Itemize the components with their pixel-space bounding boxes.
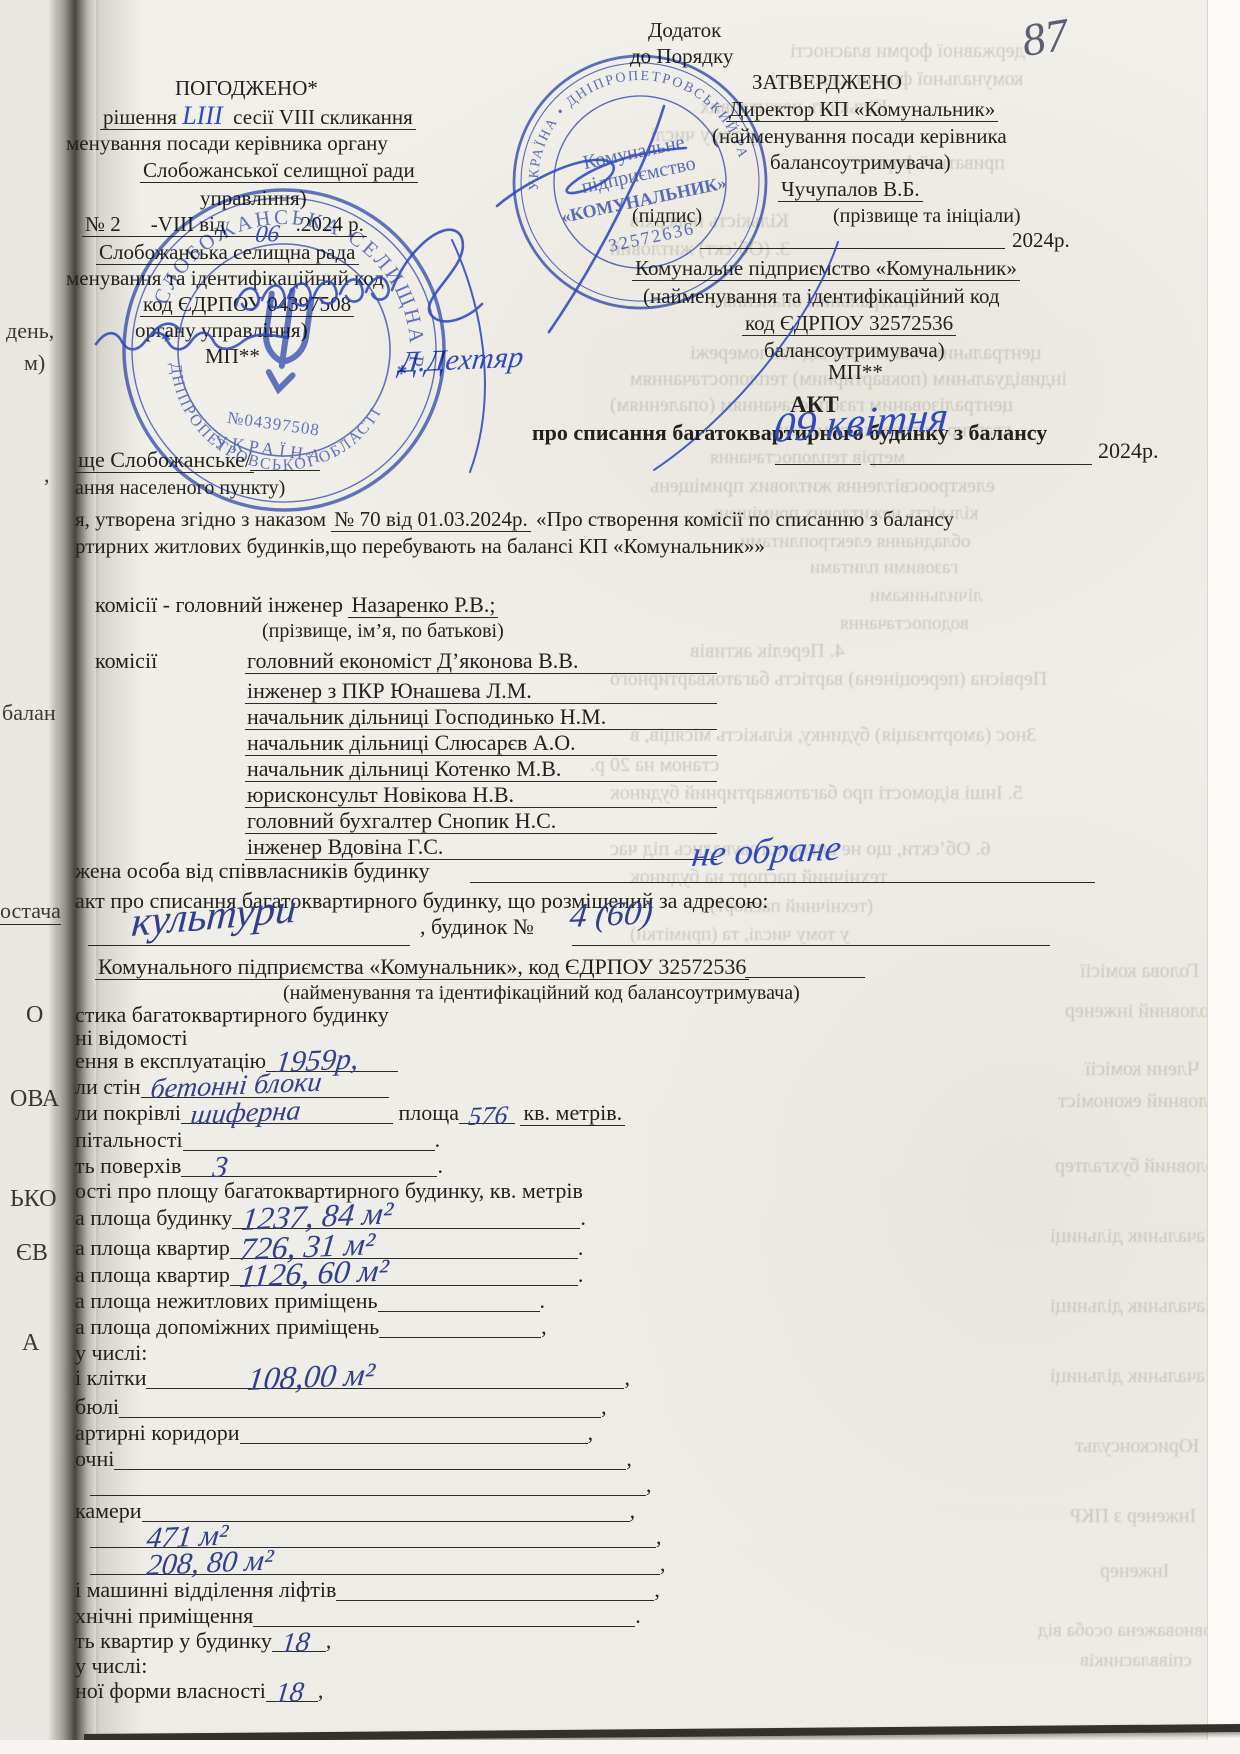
handwritten-not-elected: не обране bbox=[690, 830, 843, 872]
agreed-heading: ПОГОДЖЕНО* bbox=[175, 76, 318, 100]
bleed-fragment: обладнання електроплитами bbox=[740, 531, 971, 553]
left-page-fragment: ЄВ bbox=[16, 1240, 48, 1267]
agreed-session-line: рішення LIII сесії VIII скликання bbox=[100, 103, 416, 129]
capital-group-line: пітальності. bbox=[75, 1127, 440, 1152]
bleed-fragment: у тому числі, та (примітки) bbox=[630, 924, 849, 946]
area-row: камери, bbox=[75, 1498, 635, 1523]
bleed-fragment: Головний інженер bbox=[1065, 1000, 1219, 1023]
commission-member: інженер Вдовіна Г.С. bbox=[245, 834, 717, 860]
walls-line: ли стінбетонні блоки bbox=[75, 1074, 389, 1099]
agreed-decision-number: № 2-VIII від06.2024 р. bbox=[82, 212, 367, 236]
handwritten-roof-area: 576 bbox=[467, 1102, 509, 1130]
approved-caption-2: балансоутримувача) bbox=[770, 150, 951, 174]
handwritten-signature-name: Д.Дехтяр bbox=[398, 343, 525, 378]
area-row: 208, 80 м², bbox=[90, 1551, 666, 1576]
balance-underline bbox=[745, 977, 865, 978]
agreed-mp: МП** bbox=[205, 344, 260, 368]
section-1-heading: стика багатоквартирного будинку bbox=[75, 1002, 389, 1027]
bleed-fragment: Інженер з ПКР bbox=[1070, 1505, 1196, 1528]
approved-caption-4: балансоутримувача) bbox=[764, 338, 945, 362]
approved-heading: ЗАТВЕРДЖЕНО bbox=[752, 70, 902, 94]
bleed-fragment: Юрисконсульт bbox=[1075, 1435, 1199, 1458]
commission-member: головний економіст Д’яконова В.В. bbox=[245, 648, 717, 674]
approved-year: 2024р. bbox=[1012, 228, 1070, 252]
area-row: , bbox=[90, 1472, 652, 1497]
settlement-name: ще Слобожанське/ bbox=[75, 447, 254, 472]
bleed-fragment: водопостачання bbox=[840, 613, 969, 635]
svg-text:підприємство: підприємство bbox=[580, 152, 698, 198]
handwritten-session-number: LIII bbox=[182, 101, 222, 130]
annex-line-2: до Порядку bbox=[630, 44, 733, 68]
area-row: а площа допоміжних приміщень, bbox=[75, 1314, 547, 1339]
commission-intro-line-1: я, утворена згідно з наказом № 70 від 01… bbox=[75, 507, 954, 531]
commission-member: інженер з ПКР Юнашева Л.М. bbox=[245, 678, 717, 704]
date-underline-2 bbox=[870, 464, 1092, 465]
roof-line: ли покрівлішиферна площа576 кв. метрів. bbox=[75, 1100, 625, 1125]
agreed-council-name: Слобожанська селищна рада bbox=[96, 240, 359, 264]
private-ownership-line: ної форми власності18, bbox=[75, 1678, 323, 1703]
handwritten-roof: шиферна bbox=[189, 1097, 302, 1130]
commission-intro-line-2: ртирних житлових будинків,що перебувають… bbox=[75, 534, 765, 558]
handwritten-area-living: 1126, 60 м² bbox=[238, 1254, 390, 1292]
approved-mp: МП** bbox=[828, 360, 883, 384]
area-row: а площа нежитлових приміщень. bbox=[75, 1288, 545, 1313]
house-number-label: , будинок № bbox=[420, 914, 534, 939]
date-underline-1 bbox=[775, 464, 861, 465]
bleed-fragment: співвласників bbox=[1080, 1650, 1192, 1672]
company-edrpou: код ЄДРПОУ 32572536 bbox=[742, 311, 956, 335]
handwritten-house-number: 4 (60) bbox=[568, 896, 655, 934]
agreed-caption-1: менування посади керівника органу bbox=[66, 131, 388, 155]
bleed-fragment: державної форми власності bbox=[790, 40, 1025, 63]
bleed-fragment: Головний економіст bbox=[1058, 1090, 1228, 1113]
commission-member: головний бухгалтер Снопик Н.С. bbox=[245, 808, 717, 834]
settlement-caption: ання населеного пункту) bbox=[75, 477, 285, 500]
area-row: очні, bbox=[75, 1446, 632, 1471]
house-underline bbox=[572, 945, 1050, 946]
act-year: 2024р. bbox=[1098, 438, 1159, 463]
agreed-caption-3: менування та ідентифікаційний код bbox=[66, 266, 384, 290]
area-row: артирні коридори, bbox=[75, 1420, 593, 1445]
approved-chief-name: Чучупалов В.Б. bbox=[778, 177, 923, 201]
settlement-underline bbox=[250, 470, 320, 471]
name-caption: (прізвище та ініціали) bbox=[833, 205, 1021, 228]
year-underline bbox=[700, 248, 1005, 249]
area-row: і машинні відділення ліфтів, bbox=[75, 1577, 660, 1602]
signature-caption: (підпис) bbox=[632, 205, 702, 228]
bleed-fragment: Уповноважена особа від bbox=[1038, 1620, 1235, 1642]
scan-right-edge bbox=[1207, 0, 1240, 1754]
bleed-fragment: Голова комісії bbox=[1080, 960, 1199, 983]
authorized-underline bbox=[470, 882, 1095, 883]
scan-bottom-paper bbox=[0, 1740, 1240, 1754]
svg-text:№04397508: №04397508 bbox=[226, 408, 321, 440]
authorized-person-label: жена особа від співвласників будинку bbox=[75, 858, 430, 883]
handwritten-stairs-area: 108,00 м² bbox=[246, 1358, 376, 1395]
floors-line: ть поверхів3. bbox=[75, 1153, 443, 1178]
company-name: Комунальне підприємство «Комунальник» bbox=[632, 256, 1020, 280]
document-scan: державної форми власностікомунальної фор… bbox=[0, 0, 1240, 1754]
handwritten-attic-area: 208, 80 м² bbox=[145, 1546, 275, 1581]
commission-member: начальник дільниці Господинько Н.М. bbox=[245, 704, 717, 730]
bleed-fragment: Члени комісії bbox=[1085, 1058, 1200, 1081]
commission-head-caption: (прізвище, ім’я, по батькові) bbox=[262, 620, 504, 643]
commission-member: юрисконсульт Новікова Н.В. bbox=[245, 782, 717, 808]
area-row: хнічні приміщення. bbox=[75, 1603, 641, 1628]
approved-caption-1: (найменування посади керівника bbox=[712, 124, 1007, 148]
area-row: бюлі, bbox=[75, 1394, 607, 1419]
agreed-caption-2: управління) bbox=[200, 186, 307, 210]
bleed-fragment: Начальник дільниці bbox=[1050, 1295, 1219, 1318]
bleed-fragment: метрів теплопостачання bbox=[710, 447, 905, 469]
agreed-edrpou: код ЄДРПОУ 04397508 bbox=[140, 292, 354, 316]
approved-director: Директор КП «Комунальник» bbox=[726, 97, 998, 121]
section-1-1-heading: ні відомості bbox=[75, 1025, 188, 1050]
bleed-fragment: електроосвітлення житлових приміщень bbox=[650, 475, 995, 498]
commission-member: начальник дільниці Слюсарєв А.О. bbox=[245, 730, 717, 756]
handwritten-private-count: 18 bbox=[274, 1679, 305, 1708]
bleed-fragment: газовими плитами bbox=[810, 557, 958, 579]
annex-line-1: Додаток bbox=[648, 18, 721, 42]
balance-holder-line: Комунального підприємства «Комунальник»,… bbox=[95, 954, 749, 979]
area-row: і клітки108,00 м², bbox=[75, 1365, 630, 1390]
including-label: у числі: bbox=[75, 1340, 147, 1365]
bleed-fragment: Начальник дільниці bbox=[1050, 1365, 1219, 1388]
apartments-count-line: ть квартир у будинку18, bbox=[75, 1628, 331, 1653]
agreed-org-name: Слобожанської селищної ради bbox=[140, 158, 418, 182]
approved-caption-3: (найменування та ідентифікаційний код bbox=[643, 284, 1000, 308]
agreed-caption-4: органу управління) bbox=[135, 318, 308, 342]
area-row: 471 м², bbox=[90, 1524, 662, 1549]
bleed-fragment: Інженер bbox=[1100, 1560, 1169, 1583]
handwritten-apartments-count: 18 bbox=[280, 1629, 311, 1658]
commission-member: начальник дільниці Котенко М.В. bbox=[245, 756, 717, 782]
commission-head-name: Назаренко Р.В.; bbox=[348, 592, 498, 618]
bleed-fragment: Головний бухгалтер bbox=[1055, 1155, 1225, 1178]
left-page-fragment: О bbox=[26, 1002, 43, 1029]
bleed-fragment: Начальник дільниці bbox=[1050, 1225, 1219, 1248]
area-row: а площа квартир1126, 60 м². bbox=[75, 1262, 583, 1287]
bleed-fragment: лічильниками bbox=[870, 585, 983, 607]
left-page-fragment: А bbox=[22, 1330, 39, 1357]
street-underline bbox=[88, 945, 410, 946]
commission-head-line: комісії - головний інженер Назаренко Р.В… bbox=[95, 592, 498, 617]
including-label: у числі: bbox=[75, 1653, 147, 1678]
handwritten-page-number: 87 bbox=[1019, 11, 1072, 64]
commission-members-label: комісії bbox=[95, 648, 157, 673]
left-page-fragment: м) bbox=[24, 350, 45, 376]
